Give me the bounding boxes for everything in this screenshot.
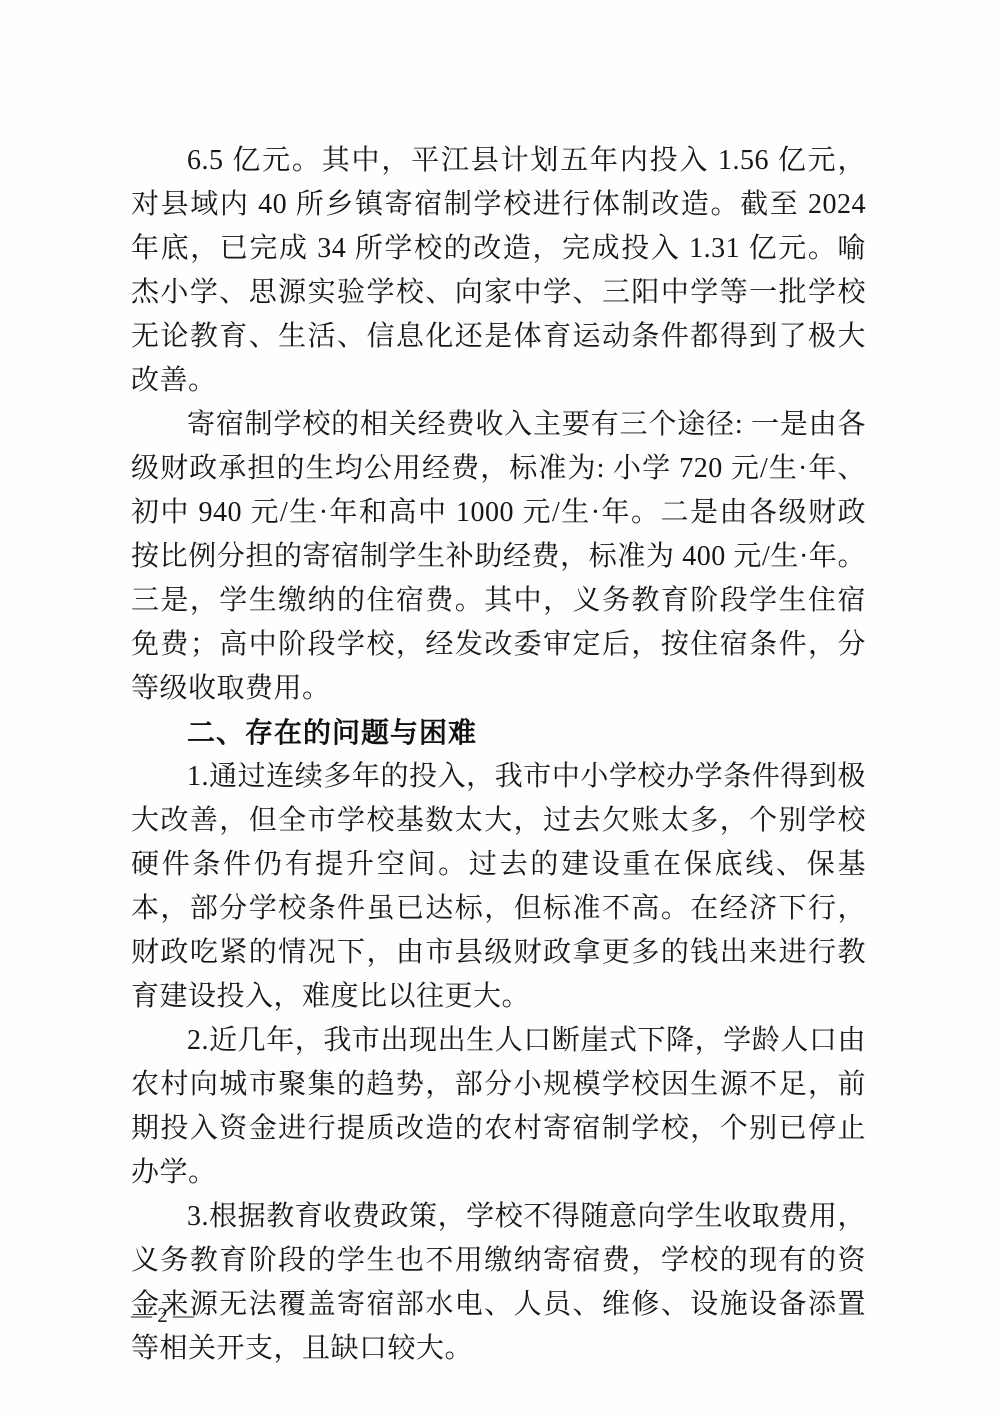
paragraph-problem-2: 2.近几年，我市出现出生人口断崖式下降，学龄人口由农村向城市聚集的趋势，部分小规… — [131, 1019, 866, 1195]
document-body: 6.5 亿元。其中，平江县计划五年内投入 1.56 亿元，对县域内 40 所乡镇… — [131, 139, 866, 1371]
paragraph-problem-3: 3.根据教育收费政策，学校不得随意向学生收取费用，义务教育阶段的学生也不用缴纳寄… — [131, 1195, 866, 1371]
paragraph-problem-1: 1.通过连续多年的投入，我市中小学校办学条件得到极大改善，但全市学校基数太大，过… — [131, 755, 866, 1019]
section-heading-problems: 二、存在的问题与困难 — [131, 711, 866, 755]
document-page: 6.5 亿元。其中，平江县计划五年内投入 1.56 亿元，对县域内 40 所乡镇… — [0, 0, 1000, 1414]
paragraph-investment-continuation: 6.5 亿元。其中，平江县计划五年内投入 1.56 亿元，对县域内 40 所乡镇… — [131, 139, 866, 403]
page-number: — 2 — — [131, 1301, 194, 1329]
paragraph-funding-sources: 寄宿制学校的相关经费收入主要有三个途径: 一是由各级财政承担的生均公用经费，标准… — [131, 403, 866, 711]
